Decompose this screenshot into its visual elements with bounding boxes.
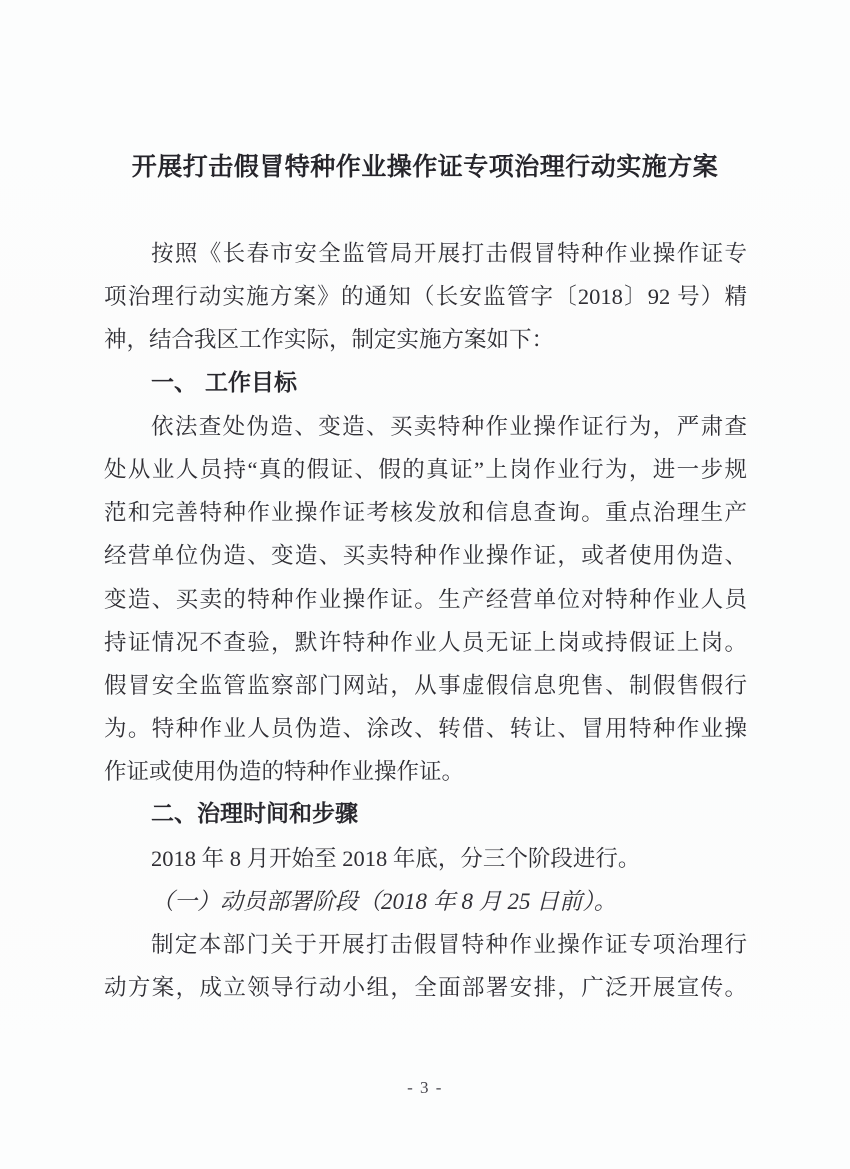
- text-line: 持证情况不查验，默许特种作业人员无证上岗或持假证上岗。: [104, 621, 747, 664]
- text-line: 神，结合我区工作实际，制定实施方案如下：: [104, 318, 747, 361]
- text-line: 处从业人员持“真的假证、假的真证”上岗作业行为，进一步规: [104, 448, 747, 491]
- text-line: 依法查处伪造、变造、买卖特种作业操作证行为，严肃查: [104, 405, 747, 448]
- document-body: 按照《长春市安全监管局开展打击假冒特种作业操作证专项治理行动实施方案》的通知（长…: [104, 232, 747, 1009]
- text-line: 变造、买卖的特种作业操作证。生产经营单位对特种作业人员: [104, 578, 747, 621]
- page-title: 开展打击假冒特种作业操作证专项治理行动实施方案: [103, 150, 747, 184]
- text-line: 经营单位伪造、变造、买卖特种作业操作证，或者使用伪造、: [104, 534, 747, 577]
- text-line: 2018 年 8 月开始至 2018 年底，分三个阶段进行。: [104, 837, 747, 880]
- page-number: - 3 -: [0, 1078, 850, 1098]
- document-page: 开展打击假冒特种作业操作证专项治理行动实施方案 按照《长春市安全监管局开展打击假…: [0, 0, 850, 1169]
- text-line: 按照《长春市安全监管局开展打击假冒特种作业操作证专: [104, 232, 747, 275]
- text-line: 范和完善特种作业操作证考核发放和信息查询。重点治理生产: [104, 491, 747, 534]
- text-line: 一、 工作目标: [104, 362, 747, 405]
- text-line: （一）动员部署阶段（2018 年 8 月 25 日前）。: [104, 880, 747, 923]
- text-line: 制定本部门关于开展打击假冒特种作业操作证专项治理行: [104, 923, 747, 966]
- text-line: 二、治理时间和步骤: [104, 793, 747, 836]
- text-line: 作证或使用伪造的特种作业操作证。: [104, 750, 747, 793]
- text-line: 动方案，成立领导行动小组，全面部署安排，广泛开展宣传。: [104, 966, 747, 1009]
- text-line: 项治理行动实施方案》的通知（长安监管字〔2018〕92 号）精: [104, 275, 747, 318]
- text-line: 为。特种作业人员伪造、涂改、转借、转让、冒用特种作业操: [104, 707, 747, 750]
- text-line: 假冒安全监管监察部门网站，从事虚假信息兜售、制假售假行: [104, 664, 747, 707]
